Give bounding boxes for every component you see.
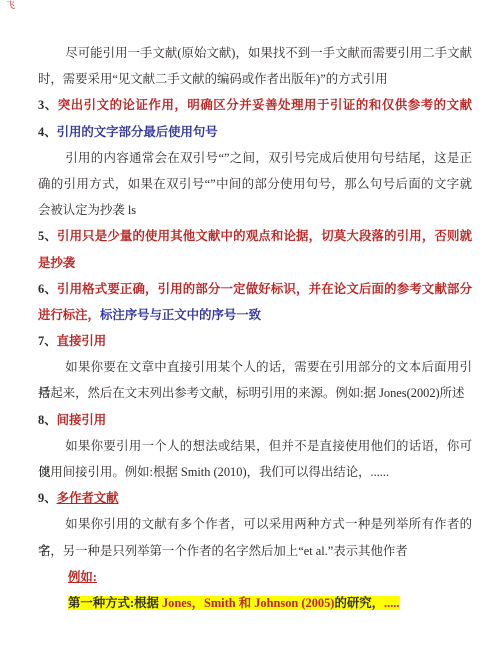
- text-segment: 6、: [38, 282, 57, 296]
- body-line-period-rule-3: 会被认定为抄袭 ls: [38, 197, 472, 223]
- text-segment: 引用格式要正确，引用的部分一定做好标识，并在论文后面的参考文献部分: [57, 282, 472, 296]
- document-body: 尽可能引用一手文献(原始文献)，如果找不到一手文献而需要引用二手文献时，需要采用…: [38, 40, 472, 616]
- body-line-direct-quote-1: 如果你要在文章中直接引用某个人的话，需要在引用部分的文本后面用引号: [38, 354, 472, 380]
- heading-item-6: 6、引用格式要正确，引用的部分一定做好标识，并在论文后面的参考文献部分: [38, 276, 472, 302]
- text-segment: 间接引用: [57, 413, 107, 427]
- text-segment: 确的引用方式，如果在双引号“”中间的部分使用句号，那么句号后面的文字就: [38, 177, 472, 191]
- example-label: 例如:: [38, 564, 472, 590]
- text-segment: 是抄袭: [38, 256, 75, 270]
- text-segment: 字，另一种是只列举第一个作者的名字然后加上“et al.”表示其他作者: [38, 544, 408, 558]
- text-segment: 9、: [38, 491, 57, 505]
- heading-item-7: 7、直接引用: [38, 328, 472, 354]
- heading-item-6-cont: 进行标注，标注序号与正文中的序号一致: [38, 302, 472, 328]
- body-line-cite-primary-1: 尽可能引用一手文献(原始文献)，如果找不到一手文献而需要引用二手文献: [38, 40, 472, 66]
- text-segment: 4、: [38, 125, 57, 139]
- text-segment: 会被认定为抄袭 ls: [38, 203, 136, 217]
- text-segment: 5、: [38, 229, 57, 243]
- text-segment: 直接引用: [57, 334, 107, 348]
- text-segment: 第一种方式:根据: [68, 596, 162, 610]
- example-highlight-line: 第一种方式:根据 Jones，Smith 和 Johnson (2005)的研究…: [38, 590, 472, 616]
- heading-item-3: 3、突出引文的论证作用，明确区分并妥善处理用于引证的和仅供参考的文献: [38, 92, 472, 118]
- heading-item-4: 4、引用的文字部分最后使用句号: [38, 119, 472, 145]
- body-line-indirect-quote-1: 如果你要引用一个人的想法或结果，但并不是直接使用他们的话语，你可以: [38, 433, 472, 459]
- text-segment: 括起来，然后在文末列出参考文献，标明引用的来源。例如:据 Jones(2002)…: [38, 386, 464, 400]
- text-segment: 引用的内容通常会在双引号“”之间，双引号完成后使用句号结尾，这是正: [65, 151, 472, 165]
- text-segment: 引用的文字部分最后使用句号: [57, 125, 218, 139]
- text-segment: 标注序号与正文中的序号一致: [100, 308, 261, 322]
- text-segment: 突出引文的论证作用，明确区分并妥善处理用于引证的和仅供参考的文献: [58, 98, 472, 112]
- body-line-direct-quote-2: 括起来，然后在文末列出参考文献，标明引用的来源。例如:据 Jones(2002)…: [38, 380, 472, 406]
- heading-item-5: 5、引用只是少量的使用其他文献中的观点和论据，切莫大段落的引用，否则就: [38, 223, 472, 249]
- text-segment: 的研究，: [334, 596, 384, 610]
- text-segment: 时，需要采用“见文献二手文献的编码或作者出版年)”的方式引用: [38, 72, 388, 86]
- body-line-indirect-quote-2: 使用间接引用。例如:根据 Smith (2010)，我们可以得出结论，.....…: [38, 459, 472, 485]
- text-segment: Jones，Smith 和 Johnson (2005): [162, 596, 334, 610]
- heading-item-8: 8、间接引用: [38, 407, 472, 433]
- document-page: 飞 尽可能引用一手文献(原始文献)，如果找不到一手文献而需要引用二手文献时，需要…: [0, 0, 500, 655]
- text-segment: 多作者文献: [57, 491, 119, 505]
- text-segment: 尽可能引用一手文献(原始文献)，如果找不到一手文献而需要引用二手文献: [65, 46, 472, 60]
- text-segment: 进行标注，: [38, 308, 100, 322]
- body-line-multi-author-1: 如果你引用的文献有多个作者，可以采用两种方式一种是列举所有作者的名: [38, 511, 472, 537]
- corner-mark: 飞: [6, 1, 15, 10]
- body-line-period-rule-1: 引用的内容通常会在双引号“”之间，双引号完成后使用句号结尾，这是正: [38, 145, 472, 171]
- body-line-period-rule-2: 确的引用方式，如果在双引号“”中间的部分使用句号，那么句号后面的文字就: [38, 171, 472, 197]
- text-segment: 3、: [38, 98, 58, 112]
- text-segment: 8、: [38, 413, 57, 427]
- heading-item-9: 9、多作者文献: [38, 485, 472, 511]
- body-line-cite-primary-2: 时，需要采用“见文献二手文献的编码或作者出版年)”的方式引用: [38, 66, 472, 92]
- text-segment: .....: [384, 596, 400, 610]
- text-segment: 使用间接引用。例如:根据 Smith (2010)，我们可以得出结论，.....…: [38, 465, 389, 479]
- text-segment: 引用只是少量的使用其他文献中的观点和论据，切莫大段落的引用，否则就: [57, 229, 472, 243]
- heading-item-5-cont: 是抄袭: [38, 250, 472, 276]
- text-segment: 例如:: [68, 570, 97, 584]
- body-line-multi-author-2: 字，另一种是只列举第一个作者的名字然后加上“et al.”表示其他作者: [38, 538, 472, 564]
- text-segment: 7、: [38, 334, 57, 348]
